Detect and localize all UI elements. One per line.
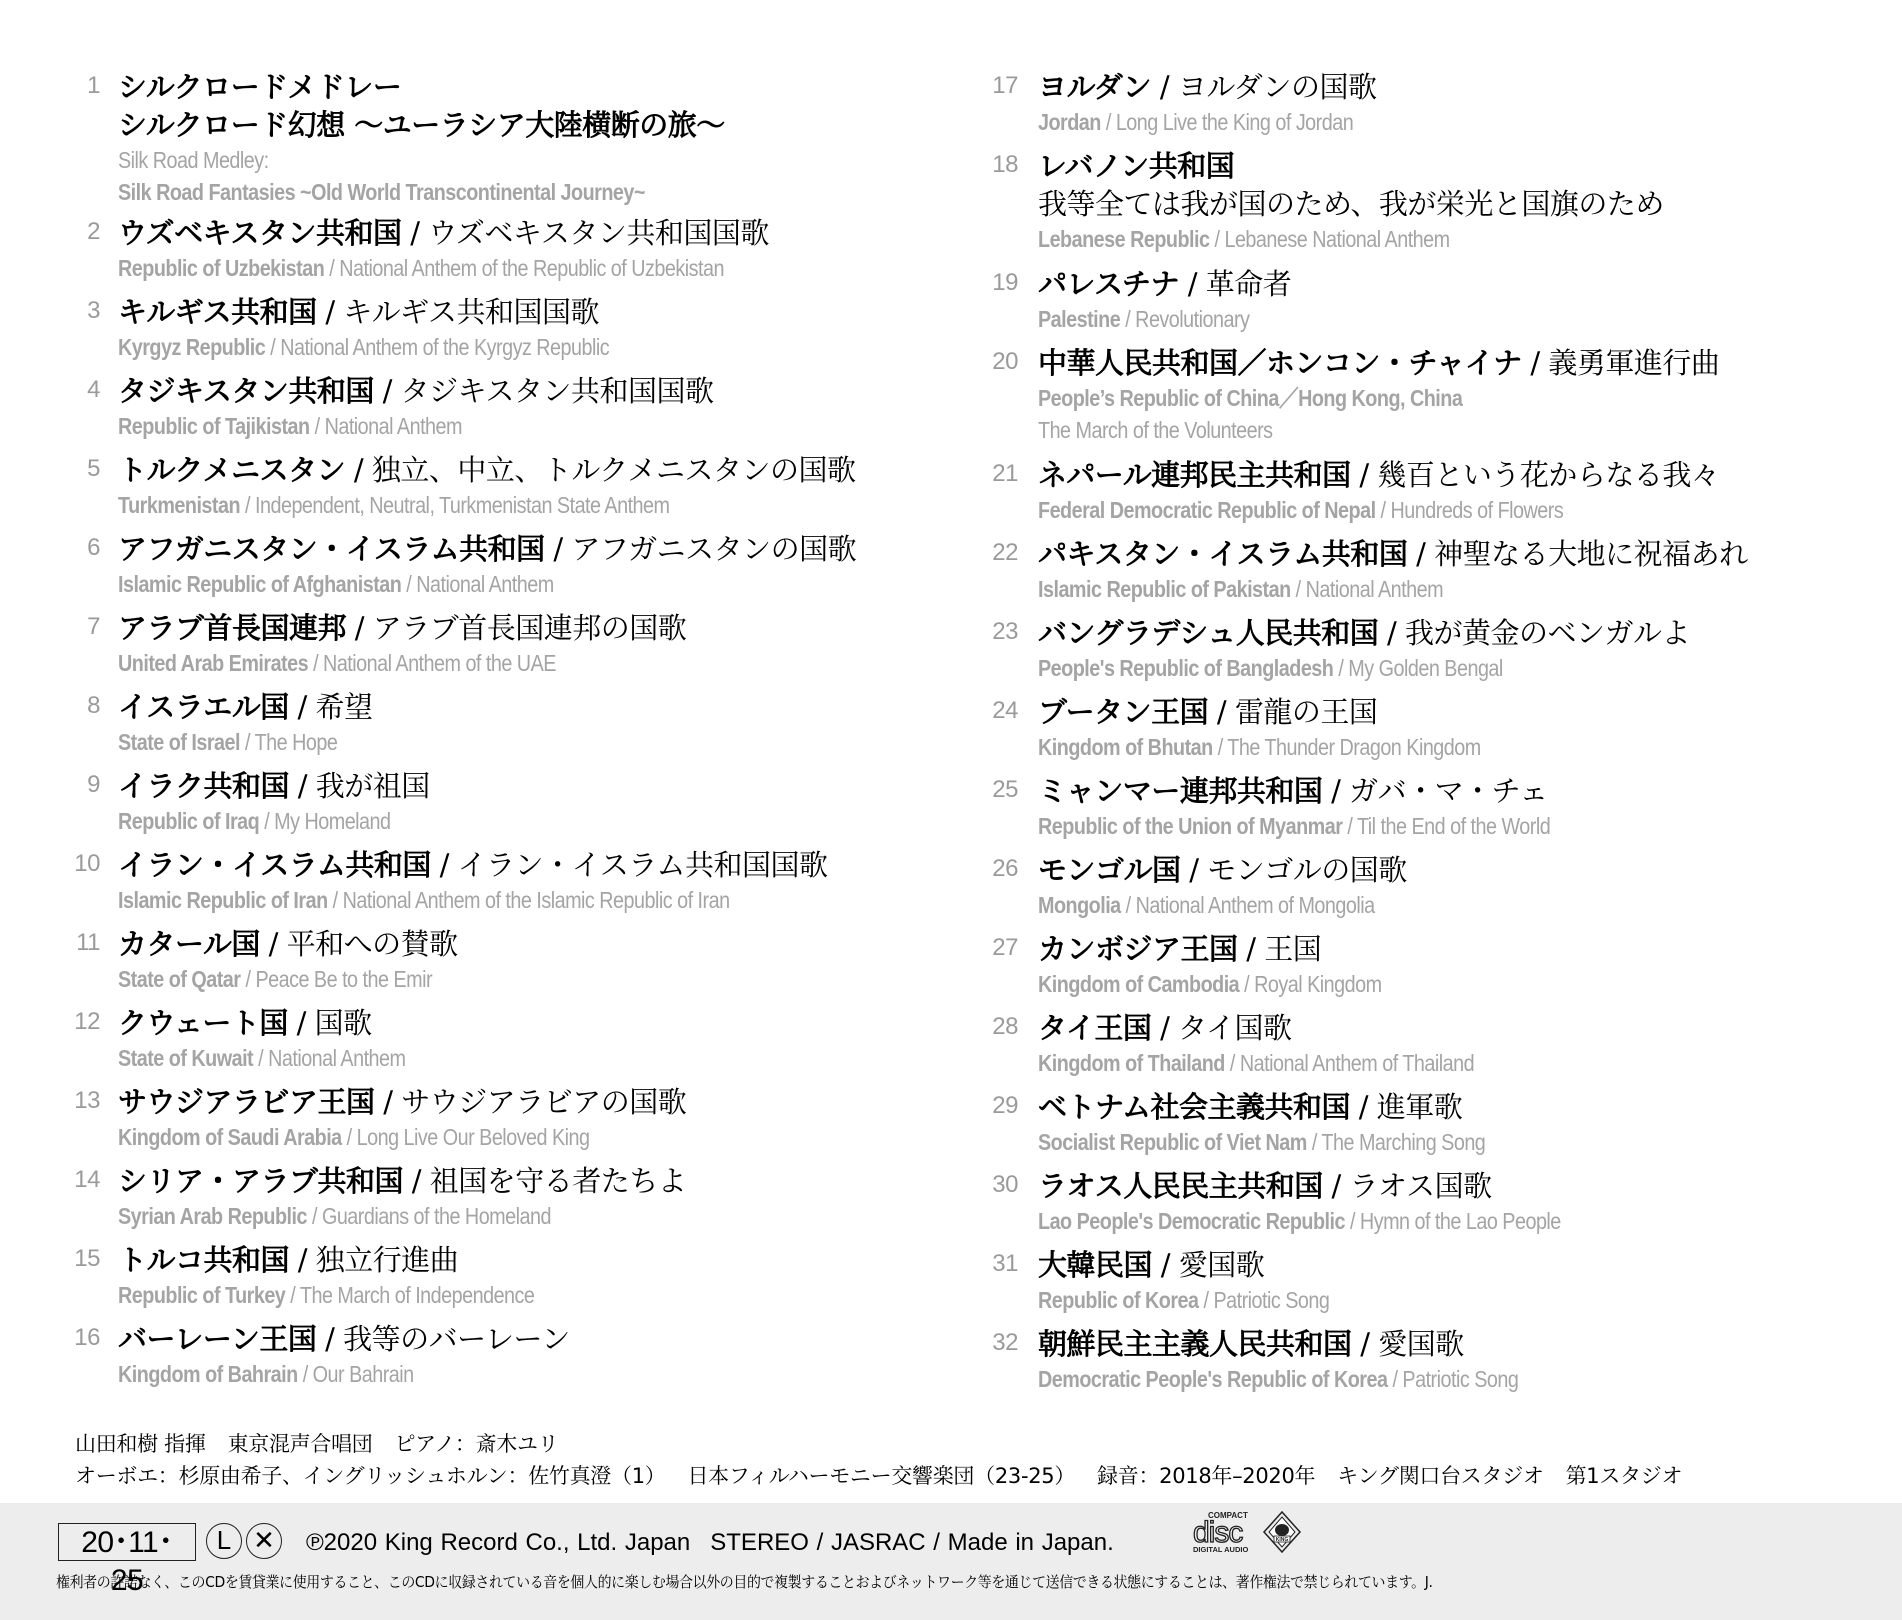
track-title-jp: トルコ共和国 / 独立行進曲	[118, 1241, 602, 1279]
copyright-line: ℗2020 King Record Co., Ltd. JapanSTEREO …	[306, 1527, 1114, 1559]
track-title-jp: ベトナム社会主義共和国 / 進軍歌	[1038, 1088, 1558, 1126]
track-number: 13	[60, 1087, 100, 1115]
track-title-en: Lebanese Republic / Lebanese National An…	[1038, 223, 1576, 255]
recording-date: 録音：2018年–2020年	[1097, 1464, 1315, 1488]
track-number: 27	[978, 934, 1018, 962]
track-title-jp: 朝鮮民主主義人民共和国 / 愛国歌	[1038, 1325, 1597, 1363]
track-title-en: Mongolia / National Anthem of Mongolia	[1038, 889, 1375, 921]
track-title-en: Kingdom of Thailand / National Anthem of…	[1038, 1047, 1474, 1079]
track-title-jp: ラオス人民民主共和国 / ラオス国歌	[1038, 1167, 1646, 1205]
track-title-jp: バーレーン王国 / 我等のバーレーン	[118, 1320, 570, 1358]
track-title-jp: サウジアラビア王国 / サウジアラビアの国歌	[118, 1083, 686, 1121]
track-title-jp: ヨルダン / ヨルダンの国歌	[1038, 68, 1405, 106]
track-title-en: Lao People's Democratic Republic / Hymn …	[1038, 1205, 1561, 1237]
track-title-jp: トルクメニスタン / 独立、中立、トルクメニスタンの国歌	[118, 451, 856, 489]
track-title-en: Kingdom of Cambodia / Royal Kingdom	[1038, 968, 1382, 1000]
track-number: 31	[978, 1250, 1018, 1278]
track-title-en: People's Republic of Bangladesh / My Gol…	[1038, 652, 1599, 684]
track-title-jp: イスラエル国 / 希望	[118, 688, 373, 726]
track-number: 19	[978, 269, 1018, 297]
track-title-jp: キルギス共和国 / キルギス共和国国歌	[118, 293, 689, 331]
track-title-en: Democratic People's Republic of Korea / …	[1038, 1363, 1518, 1395]
track-number: 8	[60, 692, 100, 720]
track-title-jp: ブータン王国 / 雷龍の王国	[1038, 693, 1553, 731]
track-subtitle-en: Silk Road Fantasies ~Old World Transcont…	[118, 176, 645, 208]
track-title-jp: パレスチナ / 革命者	[1038, 265, 1291, 303]
track-title-jp: タイ王国 / タイ国歌	[1038, 1009, 1545, 1047]
track-title-en: Kingdom of Saudi Arabia / Long Live Our …	[118, 1121, 607, 1153]
performer-credits: 山田和樹 指揮東京混声合唱団ピアノ：斎木ユリ オーボエ：杉原由希子、イングリッシ…	[75, 1428, 1682, 1492]
king-records-logo-icon: KING	[1262, 1511, 1302, 1553]
choir-credit: 東京混声合唱団	[228, 1432, 373, 1456]
track-title-en: Islamic Republic of Afghanistan / Nation…	[118, 568, 753, 600]
track-number: 7	[60, 613, 100, 641]
track-title-jp: ミャンマー連邦共和国 / ガバ・マ・チェ	[1038, 772, 1634, 810]
rental-l-mark-icon: L	[206, 1523, 242, 1559]
track-title-jp: イラン・イスラム共和国 / イラン・イスラム共和国国歌	[118, 846, 829, 884]
track-number: 3	[60, 297, 100, 325]
track-number: 22	[978, 539, 1018, 567]
track-number: 15	[60, 1245, 100, 1273]
track-title-en: Republic of Tajikistan / National Anthem	[118, 410, 630, 442]
track-title-jp: シリア・アラブ共和国 / 祖国を守る者たちよ	[118, 1162, 686, 1200]
studio-room: 第1スタジオ	[1566, 1464, 1683, 1488]
oboe-credit: オーボエ：杉原由希子、イングリッシュホルン：佐竹真澄（1）	[75, 1464, 665, 1488]
track-number: 11	[60, 929, 100, 957]
release-date-box: 20･11･25	[58, 1523, 196, 1561]
studio-credit: キング関口台スタジオ	[1337, 1464, 1543, 1488]
track-title-en: Silk Road Medley:	[118, 144, 645, 176]
track-number: 28	[978, 1013, 1018, 1041]
track-number: 24	[978, 697, 1018, 725]
track-number: 26	[978, 855, 1018, 883]
track-title-en: Republic of Iraq / My Homeland	[118, 805, 391, 837]
track-number: 25	[978, 776, 1018, 804]
track-title-en: Kyrgyz Republic / National Anthem of the…	[118, 331, 609, 363]
footer-band	[0, 1503, 1902, 1620]
conductor-credit: 山田和樹 指揮	[75, 1432, 206, 1456]
svg-text:KING: KING	[1276, 1537, 1289, 1543]
track-number: 16	[60, 1324, 100, 1352]
track-title-en: Socialist Republic of Viet Nam / The Mar…	[1038, 1126, 1485, 1158]
track-number: 18	[978, 151, 1018, 179]
track-number: 2	[60, 218, 100, 246]
track-title-jp: ウズベキスタン共和国 / ウズベキスタン共和国国歌	[118, 214, 823, 252]
track-title-en: Republic of Korea / Patriotic Song	[1038, 1284, 1329, 1316]
track-title-en: Republic of Uzbekistan / National Anthem…	[118, 252, 724, 284]
track-title-jp: パキスタン・イスラム共和国 / 神聖なる大地に祝福あれ	[1038, 535, 1748, 573]
track-number: 29	[978, 1092, 1018, 1120]
track-number: 4	[60, 376, 100, 404]
track-number: 1	[60, 72, 100, 100]
track-number: 14	[60, 1166, 100, 1194]
copyright-text: ℗2020 King Record Co., Ltd. Japan	[306, 1529, 690, 1556]
track-title-en: Islamic Republic of Pakistan / National …	[1038, 573, 1648, 605]
track-title-en: Turkmenistan / Independent, Neutral, Tur…	[118, 489, 752, 521]
track-number: 30	[978, 1171, 1018, 1199]
track-title-en: Palestine / Revolutionary	[1038, 303, 1256, 335]
track-number: 12	[60, 1008, 100, 1036]
track-number: 9	[60, 771, 100, 799]
track-subtitle-jp: シルクロード幻想 ～ユーラシア大陸横断の旅～	[118, 106, 731, 144]
track-number: 6	[60, 534, 100, 562]
track-title-jp: イラク共和国 / 我が祖国	[118, 767, 435, 805]
track-number: 5	[60, 455, 100, 483]
track-title-en: Republic of Turkey / The March of Indepe…	[118, 1279, 534, 1311]
track-title-jp: 大韓民国 / 愛国歌	[1038, 1246, 1377, 1284]
track-number: 21	[978, 460, 1018, 488]
piano-credit: ピアノ：斎木ユリ	[394, 1432, 558, 1456]
track-title-en: Republic of the Union of Myanmar / Til t…	[1038, 810, 1550, 842]
track-title-jp: 中華人民共和国／ホンコン・チャイナ / 義勇軍進行曲	[1038, 344, 1719, 382]
track-number: 23	[978, 618, 1018, 646]
track-title-jp: アフガニスタン・イスラム共和国 / アフガニスタンの国歌	[118, 530, 856, 568]
orchestra-credit: 日本フィルハーモニー交響楽団（23-25）	[687, 1464, 1075, 1488]
track-title-jp: カンボジア王国 / 王国	[1038, 930, 1437, 968]
track-title-en: Kingdom of Bahrain / Our Bahrain	[118, 1358, 507, 1390]
track-number: 10	[60, 850, 100, 878]
svg-text:DIGITAL AUDIO: DIGITAL AUDIO	[1193, 1545, 1248, 1554]
track-country-jp: レバノン共和国	[1038, 147, 1664, 185]
format-text: STEREO / JASRAC / Made in Japan.	[710, 1529, 1114, 1556]
track-country-en: People’s Republic of China／Hong Kong, Ch…	[1038, 382, 1624, 414]
credits-line-2: オーボエ：杉原由希子、イングリッシュホルン：佐竹真澄（1）日本フィルハーモニー交…	[75, 1460, 1682, 1492]
track-title-jp: シルクロードメドレー	[118, 68, 731, 106]
track-title-jp: カタール国 / 平和への賛歌	[118, 925, 483, 963]
track-title-jp: バングラデシュ人民共和国 / 我が黄金のベンガルよ	[1038, 614, 1690, 652]
track-title-en: State of Kuwait / National Anthem	[118, 1042, 405, 1074]
track-title-en: Federal Democratic Republic of Nepal / H…	[1038, 494, 1624, 526]
track-title-jp: 我等全ては我が国のため、我が栄光と国旗のため	[1038, 185, 1664, 223]
track-number: 20	[978, 348, 1018, 376]
track-title-jp: クウェート国 / 国歌	[118, 1004, 452, 1042]
track-title-jp: タジキスタン共和国 / タジキスタン共和国国歌	[118, 372, 714, 410]
track-title-en: The March of the Volunteers	[1038, 414, 1624, 446]
track-title-en: Jordan / Long Live the King of Jordan	[1038, 106, 1353, 138]
track-number: 32	[978, 1329, 1018, 1357]
credits-line-1: 山田和樹 指揮東京混声合唱団ピアノ：斎木ユリ	[75, 1428, 1682, 1460]
compact-disc-logo-icon: COMPACT disc DIGITAL AUDIO	[1192, 1510, 1254, 1554]
track-title-jp: アラブ首長国連邦 / アラブ首長国連邦の国歌	[118, 609, 686, 647]
track-title-en: Islamic Republic of Iran / National Anth…	[118, 884, 730, 916]
track-number: 17	[978, 72, 1018, 100]
track-title-en: Kingdom of Bhutan / The Thunder Dragon K…	[1038, 731, 1481, 763]
track-title-jp: モンゴル国 / モンゴルの国歌	[1038, 851, 1429, 889]
legal-notice: 権利者の許諾なく、このCDを賃貸業に使用すること、このCDに収録されている音を個…	[56, 1571, 1433, 1593]
track-title-en: Syrian Arab Republic / Guardians of the …	[118, 1200, 607, 1232]
track-title-jp: ネパール連邦民主共和国 / 幾百という花からなる我々	[1038, 456, 1719, 494]
rental-x-mark-icon: ✕	[246, 1523, 282, 1559]
track-title-en: State of Israel / The Hope	[118, 726, 337, 758]
track-title-en: United Arab Emirates / National Anthem o…	[118, 647, 607, 679]
track-title-en: State of Qatar / Peace Be to the Emir	[118, 963, 432, 995]
